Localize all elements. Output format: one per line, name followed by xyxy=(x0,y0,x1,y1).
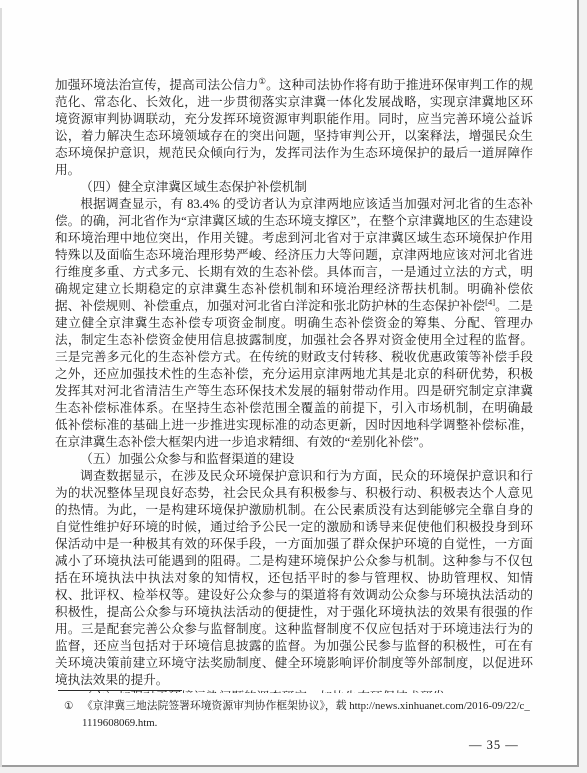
footnote: ① 《京津冀三地法院签署环境资源审判协作框架协议》，载 http://news.… xyxy=(55,698,535,731)
paragraph: 调查数据显示，在涉及民众环境保护意识和行为方面，民众的环境保护意识和行为的状况整… xyxy=(55,468,533,689)
document-body: 加强环境法治宣传，提高司法公信力①。这种司法协作将有助于推进环保审判工作的规范化… xyxy=(55,77,533,693)
text-run: （四）健全京津冀区域生态保护补偿机制 xyxy=(80,180,307,194)
page-number: — 35 — xyxy=(469,738,519,753)
footnote-ref: [4] xyxy=(485,297,495,307)
page-left-edge xyxy=(0,8,2,767)
text-run: 。二是建立健全京津冀生态补偿专项资金制度。明确生态补偿资金的筹集、分配、管理办法… xyxy=(55,299,533,449)
footnote-block: ① 《京津冀三地法院签署环境资源审判协作框架协议》，载 http://news.… xyxy=(55,690,535,731)
paragraph: 根据调查显示，有 83.4% 的受访者认为京津两地应该适当加强对河北省的生态补偿… xyxy=(55,196,533,451)
footnote-marker: ① xyxy=(64,699,73,716)
text-run: （五）加强公众参与和监督渠道的建设 xyxy=(80,452,294,466)
footnote-text-line: 《京津冀三地法院签署环境资源审判协作框架协议》，载 http://news.xi… xyxy=(82,698,535,715)
section-heading: （五）加强公众参与和监督渠道的建设 xyxy=(55,451,533,468)
text-run: 根据调查显示，有 83.4% 的受访者认为京津两地应该适当加强对河北省的生态补偿… xyxy=(55,197,533,313)
footnote-separator xyxy=(58,690,182,691)
text-run: 加强环境法治宣传，提高司法公信力 xyxy=(55,78,258,92)
text-run: 调查数据显示，在涉及民众环境保护意识和行为方面，民众的环境保护意识和行为的状况整… xyxy=(55,469,533,687)
footnote-ref: ① xyxy=(258,77,266,86)
text-run: 。这种司法协作将有助于推进环保审判工作的规范化、常态化、长效化，进一步贯彻落实京… xyxy=(55,78,533,177)
paragraph: 加强环境法治宣传，提高司法公信力①。这种司法协作将有助于推进环保审判工作的规范化… xyxy=(55,77,533,179)
section-heading: （四）健全京津冀区域生态保护补偿机制 xyxy=(55,179,533,196)
scanned-page: 加强环境法治宣传，提高司法公信力①。这种司法协作将有助于推进环保审判工作的规范化… xyxy=(0,0,579,767)
footnote-text-line: 1119608069.htm. xyxy=(82,715,535,732)
